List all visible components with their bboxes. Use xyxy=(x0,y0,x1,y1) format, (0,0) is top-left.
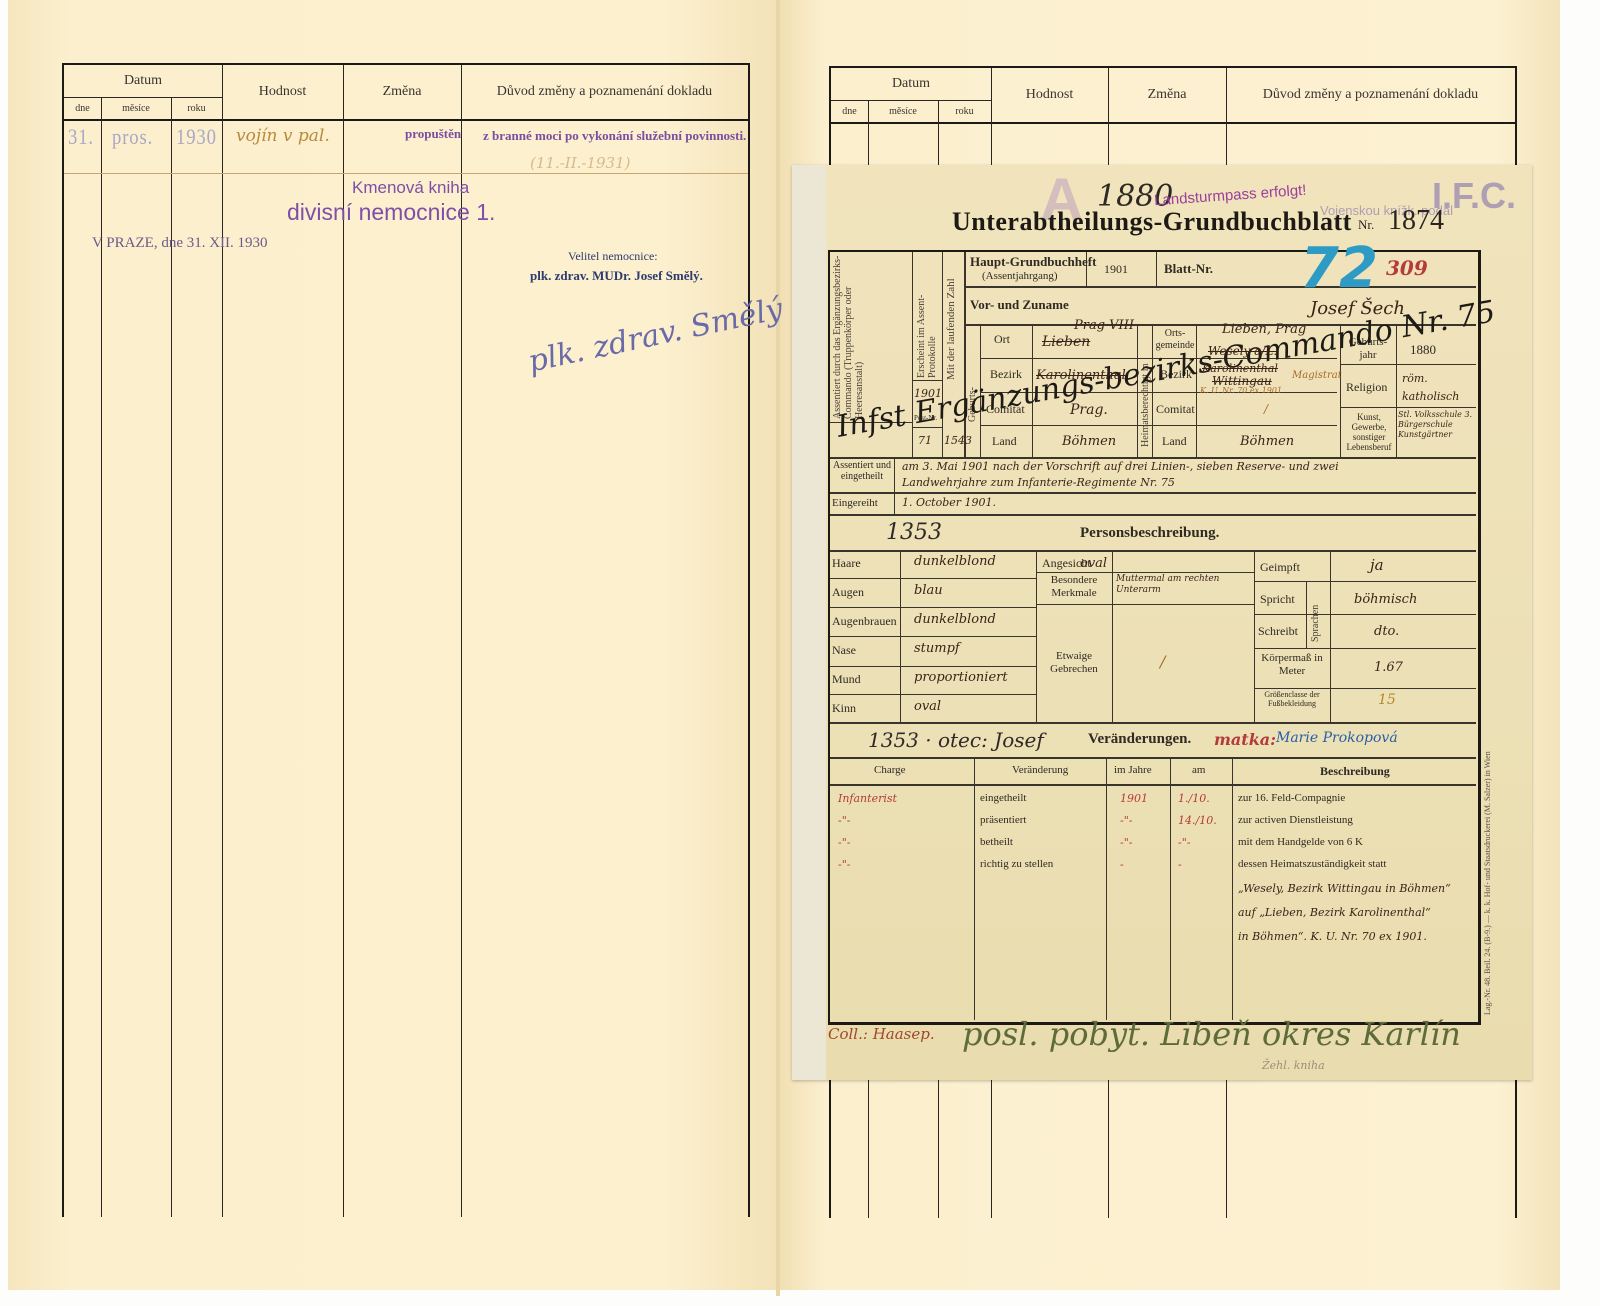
gebrechen-label: Etwaige Gebrechen xyxy=(1038,650,1110,676)
assentiert-label: Assentiert und eingetheilt xyxy=(832,460,892,482)
bezirk-correction: Prag. xyxy=(1070,402,1108,418)
gebrechen-value: / xyxy=(1160,652,1165,671)
orts-correction: Lieben, Prag xyxy=(1222,322,1306,337)
changes-header-veraenderung: Veränderung xyxy=(1012,764,1068,776)
header-dne: dne xyxy=(64,99,101,117)
h-bezirk-note: K. U. Nr. 70 ex 1901 xyxy=(1200,386,1282,395)
description-value: dunkelblond xyxy=(914,612,996,627)
header-datum: Datum xyxy=(64,65,222,97)
erscheint-label: Erscheint im Assent-Protokolle xyxy=(916,256,938,378)
changes-cell-am: 1./10. xyxy=(1178,792,1210,805)
header-duvod: Důvod změny a poznamenání dokladu xyxy=(1226,68,1515,122)
assentiert-value-2: Landwehrjahre zum Infanterie-Regimente N… xyxy=(902,476,1175,489)
changes-cell-beschreibung: mit dem Handgelde von 6 K xyxy=(1238,836,1363,848)
merkmale-value: Muttermal am rechten Unterarm xyxy=(1116,574,1252,596)
entry-change: propuštěn xyxy=(405,126,461,142)
entry-day: 31. xyxy=(68,124,94,150)
changes-cell-veraenderung: richtig zu stellen xyxy=(980,858,1053,870)
changes-cell-jahre: 1901 xyxy=(1120,792,1148,805)
eingereiht-value: 1. October 1901. xyxy=(902,496,996,509)
description-value: blau xyxy=(914,583,943,598)
header-mesice: měsíce xyxy=(868,102,938,120)
schreibt-value: dto. xyxy=(1374,624,1399,639)
name-value: Josef Šech xyxy=(1310,298,1405,319)
h-comitat-label: Comitat xyxy=(1156,402,1195,417)
changes-cell-am: -"- xyxy=(1178,836,1191,849)
changes-cell-veraenderung: präsentiert xyxy=(980,814,1026,826)
entry-note: (11.-II.-1931) xyxy=(530,154,631,172)
card-title: Unterabtheilungs-Grundbuchblatt xyxy=(952,207,1352,237)
geimpft-label: Geimpft xyxy=(1260,560,1300,575)
personsbeschreibung-title: Personsbeschreibung. xyxy=(1080,525,1219,542)
changes-cell-jahre: -"- xyxy=(1120,814,1133,827)
card-number-label: Nr. xyxy=(1358,217,1374,233)
changes-cell-beschreibung: zur activen Dienstleistung xyxy=(1238,814,1353,826)
blatt-label: Blatt-Nr. xyxy=(1164,261,1213,277)
beschreibung-line: in Böhmen“. K. U. Nr. 70 ex 1901. xyxy=(1238,930,1427,943)
name-label: Vor- und Zuname xyxy=(970,297,1069,313)
h-comitat-value: / xyxy=(1264,402,1268,416)
blatt-big-number: 72 xyxy=(1300,236,1378,301)
beruf-label: Kunst, Gewerbe, sonstiger Lebensberuf xyxy=(1342,412,1396,452)
changes-cell-charge: -"- xyxy=(838,814,851,827)
description-label: Kinn xyxy=(832,701,856,716)
entry-rank: vojín v pal. xyxy=(236,126,330,146)
entry-year: 1930 xyxy=(176,124,217,150)
beschreibung-line: auf „Lieben, Bezirk Karolinenthal“ xyxy=(1238,906,1431,919)
h-bezirk-correction: Magistrat xyxy=(1292,370,1342,381)
assentjahrgang-label: (Assentjahrgang) xyxy=(982,270,1058,282)
changes-cell-jahre: -"- xyxy=(1120,836,1133,849)
post-nr: 71 xyxy=(918,434,932,447)
religion-value: röm. katholisch xyxy=(1402,370,1474,406)
ort-value: Lieben xyxy=(1042,334,1090,350)
bottom-note-red: Coll.: Haasep. xyxy=(828,1025,935,1043)
spricht-value: böhmisch xyxy=(1354,592,1417,607)
haupt-label: Haupt-Grundbuchheft xyxy=(970,254,1096,270)
bottom-note-green: posl. pobyt. Libeň okres Karlín xyxy=(962,1015,1461,1053)
land-label: Land xyxy=(992,434,1017,449)
erscheint-year: 1901 xyxy=(914,387,942,400)
description-label: Nase xyxy=(832,643,856,658)
assentiert-value-1: am 3. Mai 1901 nach der Vorschrift auf d… xyxy=(902,460,1339,473)
printer-note: Lag.-Nr. 48. Beil. 24. (B-9.) — k. k. Ho… xyxy=(1482,595,1493,1015)
changes-cell-veraenderung: betheilt xyxy=(980,836,1013,848)
h-land-label: Land xyxy=(1162,434,1187,449)
header-datum: Datum xyxy=(831,68,991,100)
veraenderungen-suffix-label: matka: xyxy=(1214,730,1276,749)
changes-header-charge: Charge xyxy=(874,764,906,776)
changes-cell-charge: Infanterist xyxy=(838,792,897,805)
groessenklasse-label: Größenclasse der Fußbekleidung xyxy=(1256,690,1328,708)
blatt-red-number: 309 xyxy=(1386,256,1428,280)
veraenderungen-prefix: 1353 · otec: Josef xyxy=(868,728,1044,752)
changes-cell-am: - xyxy=(1178,858,1182,871)
commander-name: plk. zdrav. MUDr. Josef Smělý. xyxy=(530,268,703,284)
ort-label: Ort xyxy=(994,332,1010,347)
header-roku: roku xyxy=(938,102,991,120)
bottom-note-pencil: Žehl. kniha xyxy=(1262,1059,1325,1072)
description-value: stumpf xyxy=(914,641,960,656)
veraenderungen-suffix-value: Marie Prokopová xyxy=(1276,730,1398,746)
header-hodnost: Hodnost xyxy=(222,65,343,119)
h-land-value: Böhmen xyxy=(1240,434,1294,449)
header-zmena: Změna xyxy=(1108,68,1226,122)
description-label: Augenbrauen xyxy=(832,614,897,629)
koerpermass-value: 1.67 xyxy=(1374,660,1403,675)
header-mesice: měsíce xyxy=(101,99,171,117)
bezirk-value: Karolinenthal xyxy=(1036,368,1126,383)
orts-value: Wesely a/L. xyxy=(1208,344,1277,358)
header-roku: roku xyxy=(171,99,222,117)
entry-reason: z branné moci po vykonání služební povin… xyxy=(483,128,746,144)
changes-header-jahre: im Jahre xyxy=(1114,764,1152,776)
stamp-kmenova-kniha: Kmenová kniha xyxy=(352,178,469,198)
land-value: Böhmen xyxy=(1062,434,1116,449)
header-zmena: Změna xyxy=(343,65,461,119)
stamp-nemocnice: divisní nemocnice 1. xyxy=(287,199,495,226)
beruf-value: Stl. Volksschule 3. Bürgerschule Kunstgä… xyxy=(1398,410,1474,440)
merkmale-label: Besondere Merkmale xyxy=(1038,574,1110,600)
assentiert-durch-label: Assentiert durch das Ergänzungsbezirks-C… xyxy=(832,254,865,419)
religion-label: Religion xyxy=(1346,380,1387,395)
description-label: Haare xyxy=(832,556,861,571)
groessenklasse-value: 15 xyxy=(1378,692,1396,708)
commander-title: Velitel nemocnice: xyxy=(568,249,658,264)
book-spine xyxy=(776,0,780,1296)
description-label: Mund xyxy=(832,672,861,687)
grundbuchblatt-card: A 1880 Landsturmpass erfolgt! Vojenskou … xyxy=(792,165,1532,1080)
header-duvod: Důvod změny a poznamenání dokladu xyxy=(461,65,748,119)
geburtsjahr-value: 1880 xyxy=(1410,342,1436,358)
landsturm-stamp: Landsturmpass erfolgt! xyxy=(1154,182,1307,210)
header-dne: dne xyxy=(831,102,868,120)
geimpft-value: ja xyxy=(1370,556,1384,574)
angesicht-value: oval xyxy=(1080,556,1107,571)
personal-number: 1353 xyxy=(886,520,942,545)
haupt-year: 1901 xyxy=(1104,262,1128,277)
stamp-place-date: V PRAZE, dne 31. XII. 1930 xyxy=(92,235,268,252)
header-hodnost: Hodnost xyxy=(991,68,1108,122)
changes-cell-charge: -"- xyxy=(838,836,851,849)
laufende-zahl: 1543 xyxy=(944,434,972,447)
sprachen-label: Sprachen xyxy=(1310,587,1321,642)
changes-header-am: am xyxy=(1192,764,1205,776)
veraenderungen-title: Veränderungen. xyxy=(1088,731,1191,748)
changes-header-beschreibung: Beschreibung xyxy=(1320,764,1390,779)
schreibt-label: Schreibt xyxy=(1258,624,1298,639)
beschreibung-line: „Wesely, Bezirk Wittingau in Böhmen“ xyxy=(1238,882,1451,895)
changes-cell-beschreibung: dessen Heimatszuständigkeit statt xyxy=(1238,858,1386,870)
description-label: Augen xyxy=(832,585,864,600)
changes-cell-charge: -"- xyxy=(838,858,851,871)
spricht-label: Spricht xyxy=(1260,592,1295,607)
laufende-zahl-label: Mit der laufenden Zahl xyxy=(946,260,957,380)
koerpermass-label: Körpermaß in Meter xyxy=(1256,652,1328,678)
changes-cell-beschreibung: zur 16. Feld-Compagnie xyxy=(1238,792,1345,804)
card-frame: Assentiert durch das Ergänzungsbezirks-C… xyxy=(828,250,1481,1025)
changes-cell-veraenderung: eingetheilt xyxy=(980,792,1026,804)
entry-month: pros. xyxy=(112,124,153,150)
card-paper-tab xyxy=(792,165,826,1080)
card-number: 1874 xyxy=(1388,205,1444,237)
ifc-stamp: I.F.C. xyxy=(1432,175,1516,217)
description-value: oval xyxy=(914,699,941,714)
eingereiht-label: Eingereiht xyxy=(832,497,878,509)
changes-cell-am: 14./10. xyxy=(1178,814,1217,827)
ort-correction: Prag VIII xyxy=(1074,318,1134,333)
description-value: proportioniert xyxy=(914,670,1008,685)
description-value: dunkelblond xyxy=(914,554,996,569)
changes-cell-jahre: - xyxy=(1120,858,1124,871)
post-nr-label: Post-Nr. xyxy=(914,414,937,422)
